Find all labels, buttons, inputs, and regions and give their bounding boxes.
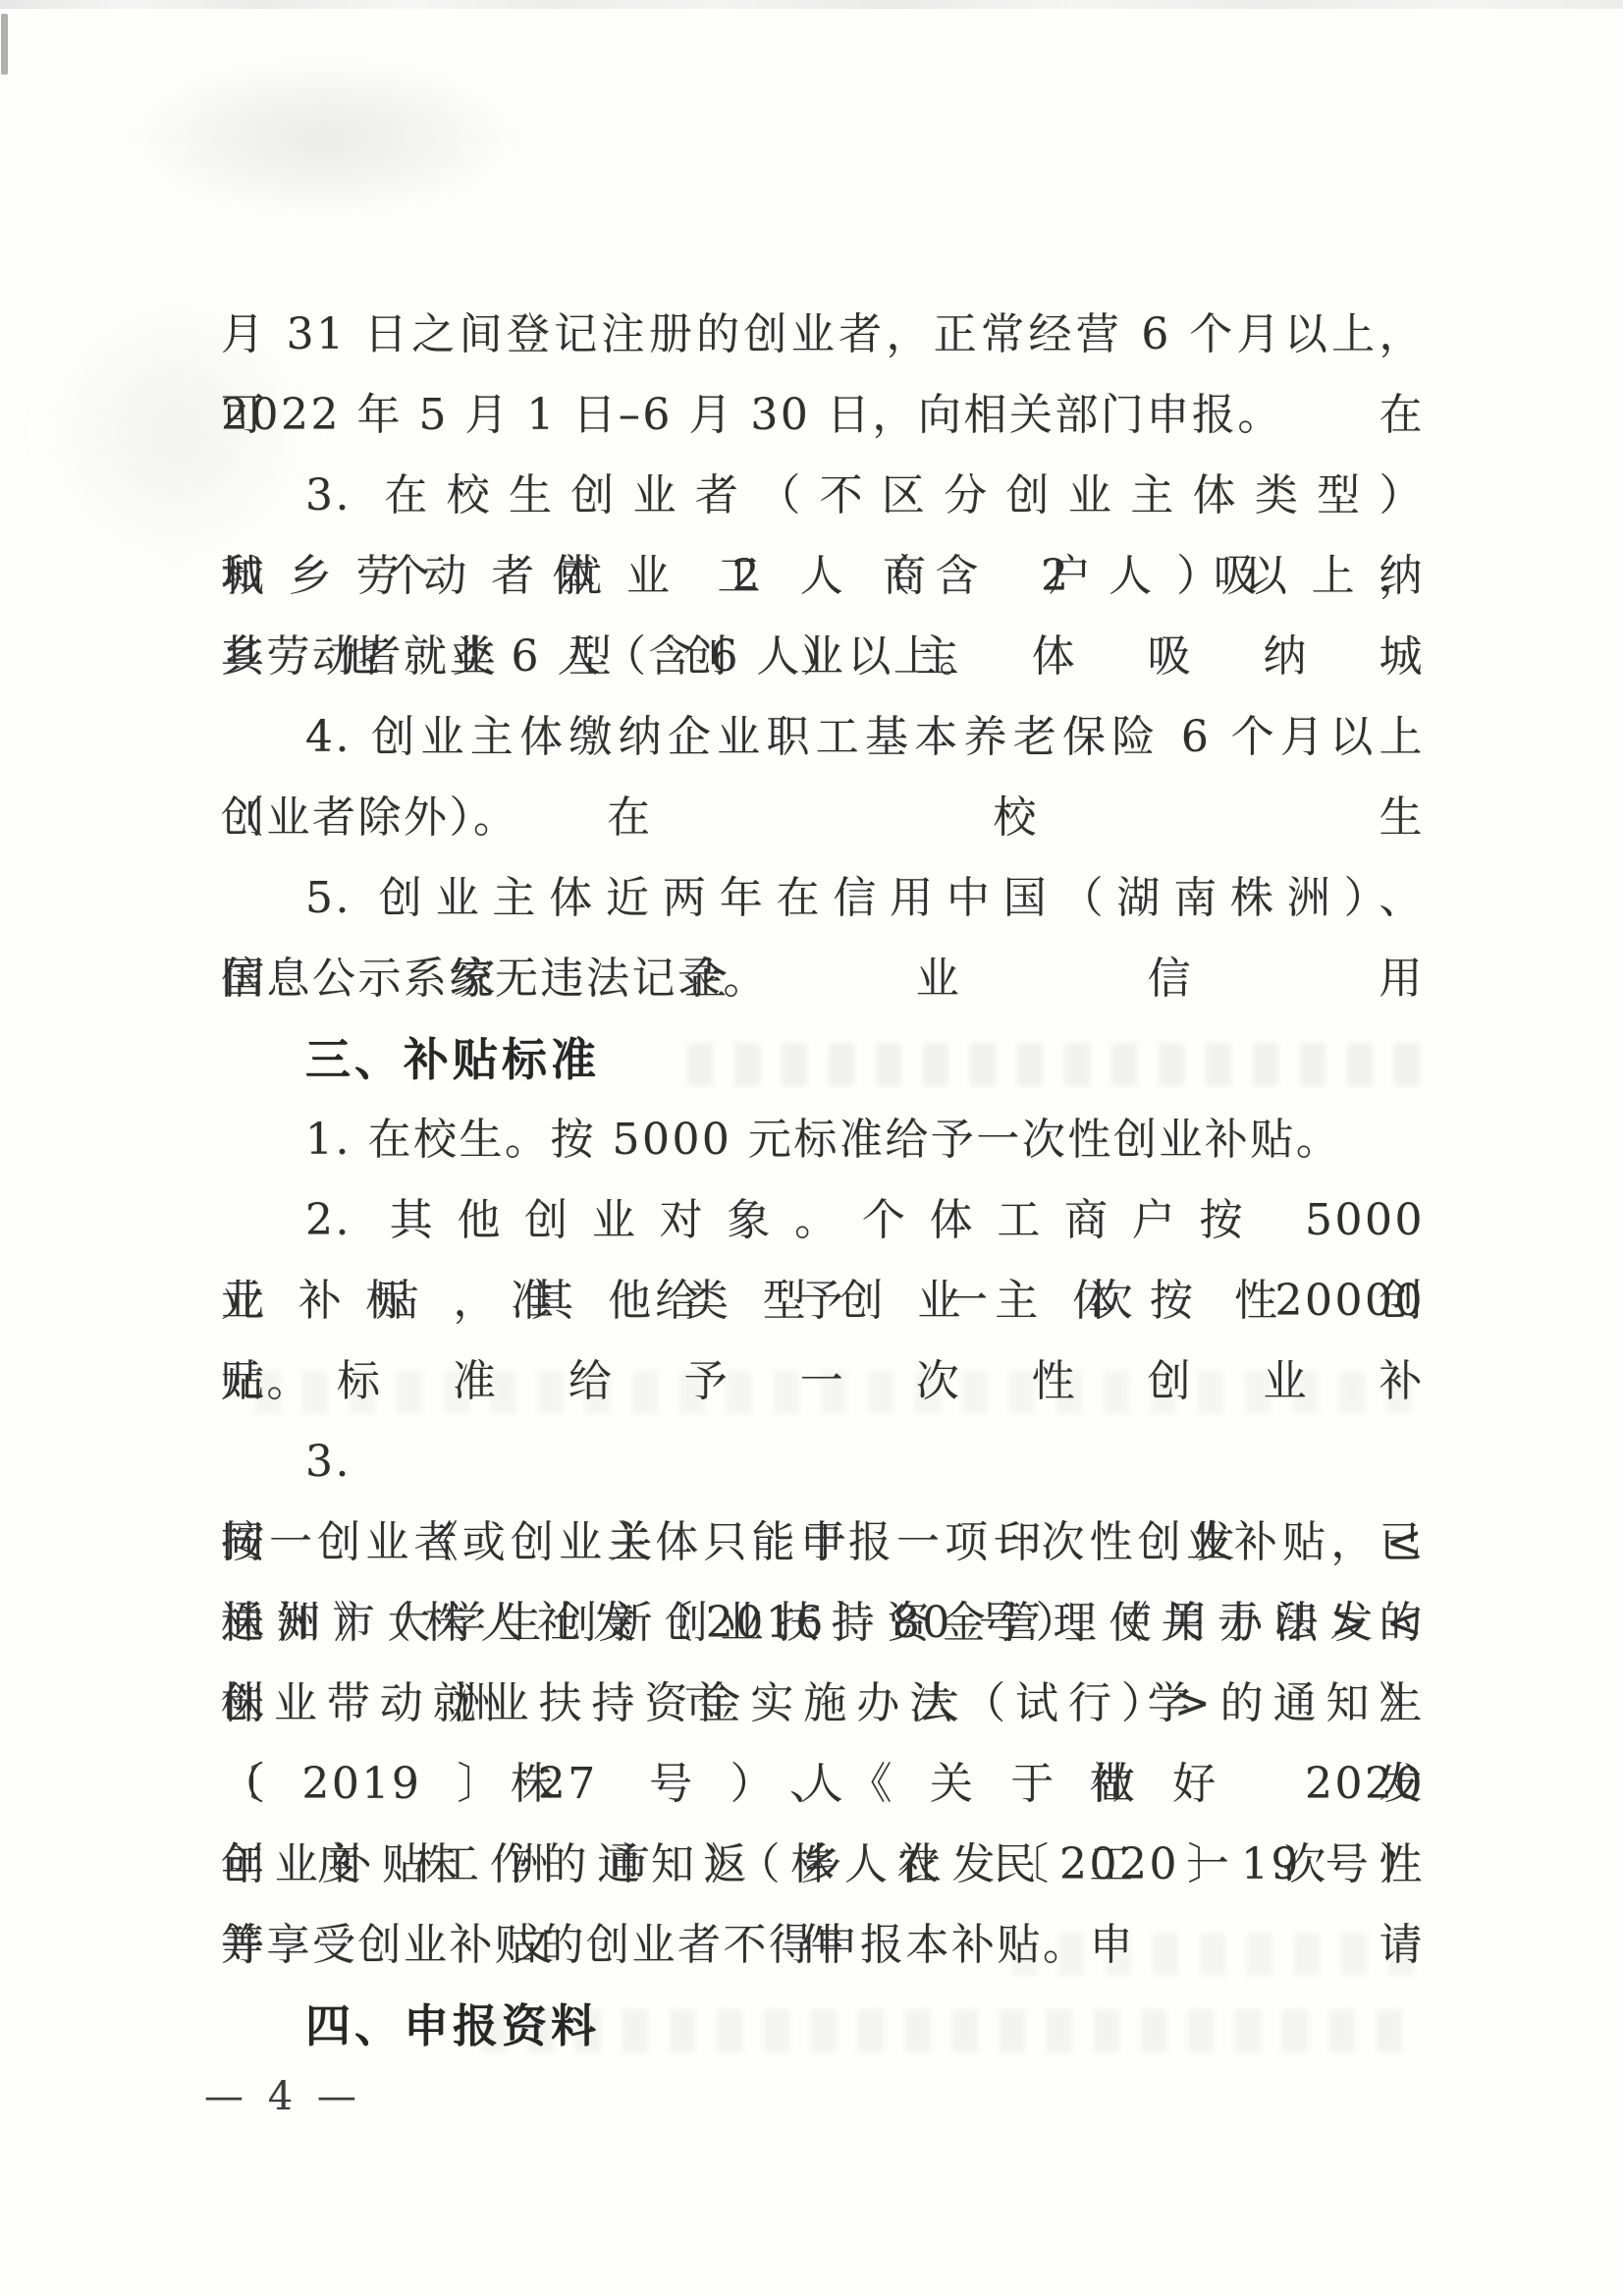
document-line: 月 31 日之间登记注册的创业者，正常经营 6 个月以上，可在 (221, 295, 1425, 375)
scan-artifact-corner-tick (1, 14, 8, 75)
document-line: 2022 年 5 月 1 日–6 月 30 日，向相关部门申报。 (221, 375, 1425, 456)
document-line: 3. 在校生创业者（不区分创业主体类型）和个体工商户吸纳 (221, 456, 1425, 536)
document-line: 业补贴，其他类型创业主体按 20000 元标准给予一次性创业补 (221, 1261, 1425, 1341)
document-line: 通知》（株人社发〔2016〕80 号）、《关于印发<株洲市大学生 (221, 1583, 1425, 1664)
document-line: 按《关于印发<株洲市大学生创新创业扶持资金管理使用办法>的 (221, 1503, 1425, 1583)
document-line: 〔2019〕27 号）、《关于做好 2020 年度株洲市返乡农民工一次性 (221, 1744, 1425, 1825)
document-body: 月 31 日之间登记注册的创业者，正常经营 6 个月以上，可在 2022 年 5… (221, 295, 1425, 2066)
section-heading-application-materials: 四、申报资料 (221, 1986, 1425, 2066)
scanned-document-page: 月 31 日之间登记注册的创业者，正常经营 6 个月以上，可在 2022 年 5… (0, 0, 1623, 2296)
page-number: — 4 — (204, 2074, 362, 2119)
scan-artifact-top-band (0, 0, 1623, 9)
document-line: 城乡劳动者就业 2 人（含 2 人）以上，其他类型创业主体吸纳城 (221, 536, 1425, 617)
document-line: 2. 其他创业对象。个体工商户按 5000 元标准给予一次性创 (221, 1180, 1425, 1261)
scan-artifact-smudge (118, 54, 530, 221)
document-line: 5. 创业主体近两年在信用中国（湖南株洲）、国家企业信用 (221, 858, 1425, 939)
document-line: 1. 在校生。按 5000 元标准给予一次性创业补贴。 (221, 1100, 1425, 1180)
section-heading-subsidy-standard: 三、补贴标准 (221, 1019, 1425, 1100)
document-line: 4. 创业主体缴纳企业职工基本养老保险 6 个月以上（在校生 (221, 697, 1425, 778)
document-line: 3. 同一创业者或创业主体只能申报一项一次性创业补贴，已 (221, 1422, 1425, 1503)
document-line: 创业带动就业扶持资金实施办法（试行）>的通知》（株人社发 (221, 1664, 1425, 1744)
document-line: 创业补贴工作的通知》（株人社发〔2020〕19 号）等文件申请 (221, 1825, 1425, 1905)
